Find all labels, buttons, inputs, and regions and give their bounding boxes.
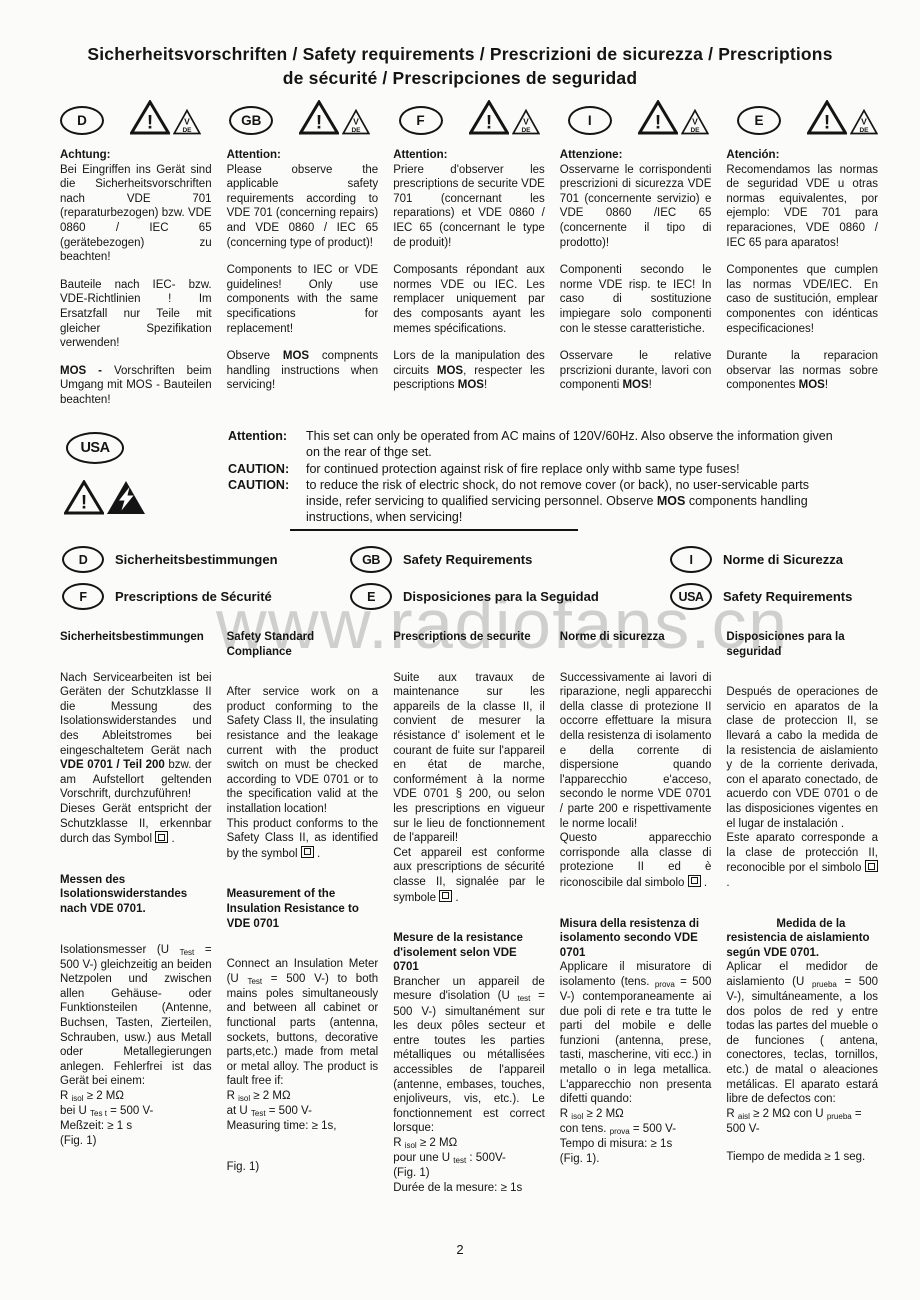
paragraph: Bauteile nach IEC- bzw. VDE-Richtlinien … <box>60 278 212 351</box>
section-label-rows: DSicherheitsbestimmungenGBSafety Require… <box>62 546 878 610</box>
language-badge-group: F!VDE <box>399 100 540 140</box>
spacer <box>227 1134 379 1160</box>
text-run: Messen des Isolationswiderstandes nach V… <box>60 874 187 915</box>
text-run: = 500 V-) simultanément sur les deux pôl… <box>393 990 545 1134</box>
vde-triangle-icon: VDE <box>681 109 709 140</box>
paragraph: Meßzeit: ≥ 1 s <box>60 1119 212 1134</box>
column-heading: Sicherheitsbestimmungen <box>60 630 212 645</box>
text-run: Components to IEC or VDE guidelines! Onl… <box>227 264 379 334</box>
paragraph: Osservarne le corrispondenti prescrizion… <box>560 163 712 251</box>
text-run: prova <box>655 980 675 989</box>
warning-triangle-icon: ! <box>64 480 104 520</box>
class-ii-symbol <box>688 875 701 887</box>
warning-icons: !VDE <box>299 100 370 140</box>
paragraph: Isolationsmesser (U Test = 500 V-) gleic… <box>60 943 212 1090</box>
column-heading: Disposiciones para la seguridad <box>726 630 878 659</box>
paragraph: Durée de la mesure: ≥ 1s <box>393 1181 545 1196</box>
section-label-text: Disposiciones para la Seguidad <box>403 589 599 604</box>
paragraph: Tiempo de medida ≥ 1 seg. <box>726 1150 878 1165</box>
text-run: prova <box>610 1127 630 1136</box>
language-badge: I <box>670 546 712 573</box>
text-run: Measuring time: ≥ 1s, <box>227 1120 337 1132</box>
spacer <box>560 645 712 671</box>
text-run: Medida de la resistencia de aislamiento … <box>726 918 869 959</box>
usa-notice-text: Attention:This set can only be operated … <box>228 428 838 526</box>
paragraph: Osservare le relative prscrizioni durant… <box>560 349 712 393</box>
warning-icons: !VDE <box>638 100 709 140</box>
paragraph: Bei Eingriffen ins Gerät sind die Sicher… <box>60 163 212 265</box>
spacer <box>560 891 712 917</box>
text-run: Recomendamos las normas de seguridad VDE… <box>726 164 878 249</box>
spacer <box>726 659 878 685</box>
column-heading: Messen des Isolationswiderstandes nach V… <box>60 873 212 917</box>
text-run: Fig. 1) <box>227 1161 260 1173</box>
paragraph: Observe MOS compnents handling instructi… <box>227 349 379 393</box>
paragraph: Please observe the applicable safety req… <box>227 163 379 251</box>
warning-triangle-icon: ! <box>807 100 847 140</box>
section-label-text: Prescriptions de Sécurité <box>115 589 272 604</box>
text-run: ≥ 2 MΩ con U <box>750 1108 827 1120</box>
vde-triangle-icon: VDE <box>173 109 201 140</box>
text-run: test <box>453 1156 466 1165</box>
text-run: . <box>726 877 729 889</box>
page-number: 2 <box>0 1242 920 1257</box>
text-run: ≥ 2 MΩ <box>583 1108 623 1120</box>
spacer <box>393 645 545 671</box>
page-title: Sicherheitsvorschriften / Safety require… <box>0 42 920 90</box>
svg-text:DE: DE <box>182 127 192 134</box>
text-run: Priere d'observer les prescriptions de s… <box>393 164 545 249</box>
column-heading: Measurement of the Insulation Resistance… <box>227 887 379 931</box>
language-badge-group: GB!VDE <box>229 100 370 140</box>
paragraph: Fig. 1) <box>227 1160 379 1175</box>
usa-icons: USA ! <box>66 432 216 520</box>
text-column: Disposiciones para la seguridadDespués d… <box>726 630 878 1195</box>
svg-text:!: ! <box>824 113 830 134</box>
document-page: { "header": { "title_line1": "Sicherheit… <box>0 0 920 1300</box>
column-heading: Prescriptions de securite <box>393 630 545 645</box>
spacer <box>560 250 712 263</box>
text-run: . <box>701 877 707 889</box>
language-badge: F <box>62 583 104 610</box>
spacer <box>60 265 212 278</box>
paragraph: con tens. prova = 500 V- <box>560 1122 712 1137</box>
text-run: test <box>517 994 530 1003</box>
column-heading: Norme di sicurezza <box>560 630 712 645</box>
text-column: Safety Standard ComplianceAfter service … <box>227 630 379 1195</box>
vde-triangle-icon: VDE <box>512 109 540 140</box>
spacer <box>227 861 379 887</box>
text-run: MOS - <box>60 365 114 377</box>
text-run: ≥ 2 MΩ <box>84 1090 124 1102</box>
text-run: = 500 V-) to both mains poles simultaneo… <box>227 973 379 1088</box>
spacer <box>60 351 212 364</box>
text-run: bei U <box>60 1105 90 1117</box>
column-heading: Atención: <box>726 148 878 163</box>
text-column: Attenzione:Osservarne le corrispondenti … <box>560 148 712 408</box>
warning-triangle-icon: ! <box>299 100 339 140</box>
text-run: = 500 V- <box>630 1123 676 1135</box>
text-run: ! <box>649 379 652 391</box>
column-heading: Safety Standard Compliance <box>227 630 379 659</box>
spacer <box>393 336 545 349</box>
spacer <box>393 250 545 263</box>
text-run: for continued protection against risk of… <box>306 462 740 476</box>
paragraph: Después de operaciones de servicio en ap… <box>726 685 878 831</box>
section-label: EDisposiciones para la Seguidad <box>350 583 670 610</box>
page-title-line2: de sécurité / Prescripciones de segurida… <box>0 66 920 90</box>
paragraph: Brancher un appareil de mesure d'isolati… <box>393 975 545 1136</box>
text-run: Measurement of the Insulation Resistance… <box>227 888 359 929</box>
spacer <box>60 917 212 943</box>
text-run: Tempo di misura: ≥ 1s <box>560 1138 672 1150</box>
paragraph: (Fig. 1). <box>560 1152 712 1167</box>
vde-triangle-icon: VDE <box>850 109 878 140</box>
language-badge: GB <box>229 106 273 135</box>
language-badge-group: D!VDE <box>60 100 201 140</box>
text-run: MOS <box>622 379 648 391</box>
text-run: Durée de la mesure: ≥ 1s <box>393 1182 522 1194</box>
language-badge: E <box>350 583 392 610</box>
text-run: Atención: <box>726 149 779 161</box>
paragraph: Applicare il misuratore di isolamento (t… <box>560 960 712 1107</box>
spacer <box>227 659 379 685</box>
text-run: After service work on a product conformi… <box>227 686 379 815</box>
text-run: Please observe the applicable safety req… <box>227 164 379 249</box>
text-run: . <box>452 892 458 904</box>
svg-text:V: V <box>861 117 867 127</box>
text-run: MOS <box>458 379 484 391</box>
section-label-text: Norme di Sicurezza <box>723 552 843 567</box>
text-run: Attention: <box>227 149 281 161</box>
text-run: Bei Eingriffen ins Gerät sind die Sicher… <box>60 164 212 264</box>
text-run: MOS <box>657 494 685 508</box>
language-badge: E <box>737 106 781 135</box>
text-run: Suite aux travaux de maintenance sur les… <box>393 672 545 845</box>
paragraph: Aplicar el medidor de aislamiento (U pru… <box>726 960 878 1107</box>
text-run: R <box>393 1137 405 1149</box>
paragraph: Dieses Gerät entspricht der Schutzklasse… <box>60 802 212 847</box>
svg-text:!: ! <box>316 113 322 134</box>
text-run: R <box>560 1108 572 1120</box>
text-run: ≥ 2 MΩ <box>250 1090 290 1102</box>
paragraph: Composants répondant aux normes VDE ou I… <box>393 263 545 336</box>
text-column: Atención:Recomendamos las normas de segu… <box>726 148 878 408</box>
section-label-text: Sicherheitsbestimmungen <box>115 552 278 567</box>
section-label: DSicherheitsbestimmungen <box>62 546 350 573</box>
usa-warning-icons: ! <box>64 480 216 520</box>
class-ii-symbol <box>301 846 314 858</box>
column-heading: Attention: <box>227 148 379 163</box>
text-run: Safety Standard Compliance <box>227 631 315 658</box>
text-run: ! <box>825 379 828 391</box>
svg-text:!: ! <box>147 113 153 134</box>
svg-text:DE: DE <box>859 127 869 134</box>
text-run: isol <box>72 1094 84 1103</box>
text-run: = 500 V-) gleichzeitig an beiden Netzpol… <box>60 944 212 1088</box>
paragraph: Durante la reparacion observar las norma… <box>726 349 878 393</box>
text-run: Tes t <box>90 1109 107 1118</box>
text-run: (Fig. 1) <box>60 1135 96 1147</box>
text-run: = 500 V- <box>107 1105 153 1117</box>
paragraph: at U Test = 500 V- <box>227 1104 379 1119</box>
text-run: Bauteile nach IEC- bzw. VDE-Richtlinien … <box>60 279 212 349</box>
svg-text:DE: DE <box>690 127 700 134</box>
text-run: MOS <box>799 379 825 391</box>
text-run: Tiempo de medida ≥ 1 seg. <box>726 1151 865 1163</box>
paragraph: R aisl ≥ 2 MΩ con U prueba = 500 V- <box>726 1107 878 1137</box>
paragraph: Nach Servicearbeiten ist bei Geräten der… <box>60 671 212 802</box>
text-run: aisl <box>738 1112 750 1121</box>
text-run: R <box>60 1090 72 1102</box>
text-column: Prescriptions de securiteSuite aux trava… <box>393 630 545 1195</box>
caution-label: Attention: <box>228 428 306 461</box>
paragraph: Este aparato corresponde a la clase de p… <box>726 831 878 890</box>
text-column: Attention:Please observe the applicable … <box>227 148 379 408</box>
text-run: Test <box>247 977 262 986</box>
paragraph: R isol ≥ 2 MΩ <box>60 1089 212 1104</box>
text-run: MOS <box>283 350 309 362</box>
text-run: Attention: <box>393 149 447 161</box>
text-run: R <box>227 1090 239 1102</box>
paragraph: Tempo di misura: ≥ 1s <box>560 1137 712 1152</box>
text-run: Dieses Gerät entspricht der Schutzklasse… <box>60 803 212 845</box>
usa-caution-line: CAUTION:to reduce the risk of electric s… <box>228 477 838 526</box>
warning-triangle-icon: ! <box>469 100 509 140</box>
section-label: FPrescriptions de Sécurité <box>62 583 350 610</box>
caution-label: CAUTION: <box>228 461 306 477</box>
text-run: prueba <box>812 980 837 989</box>
svg-text:DE: DE <box>352 127 362 134</box>
text-run: This set can only be operated from AC ma… <box>306 429 833 459</box>
spacer <box>227 336 379 349</box>
text-run: Prescriptions de securite <box>393 631 530 643</box>
text-run: Composants répondant aux normes VDE ou I… <box>393 264 545 334</box>
text-run: con tens. <box>560 1123 610 1135</box>
paragraph: Successivamente ai lavori di riparazione… <box>560 671 712 832</box>
language-badge-group: I!VDE <box>568 100 709 140</box>
class-ii-symbol <box>439 890 452 902</box>
paragraph: Componenti secondo le norme VDE risp. te… <box>560 263 712 336</box>
usa-badge: USA <box>66 432 124 464</box>
paragraph: R isol ≥ 2 MΩ <box>227 1089 379 1104</box>
text-run: Attenzione: <box>560 149 623 161</box>
spacer <box>60 645 212 671</box>
paragraph: Connect an Insulation Meter (U Test = 50… <box>227 957 379 1089</box>
page-title-line1: Sicherheitsvorschriften / Safety require… <box>0 42 920 66</box>
text-run: prueba <box>827 1112 852 1121</box>
paragraph: Cet appareil est conforme aux prescripti… <box>393 846 545 905</box>
text-run: Disposiciones para la seguridad <box>726 631 844 658</box>
spacer <box>227 250 379 263</box>
spacer <box>726 891 878 917</box>
paragraph: MOS - Vorschriften beim Umgang mit MOS -… <box>60 364 212 408</box>
text-run: Misura della resistenza di isolamento se… <box>560 918 699 959</box>
text-run: VDE 0701 / Teil 200 <box>60 759 165 771</box>
section-label-text: Safety Requirements <box>403 552 532 567</box>
paragraph: Priere d'observer les prescriptions de s… <box>393 163 545 251</box>
text-column: SicherheitsbestimmungenNach Servicearbei… <box>60 630 212 1195</box>
text-run: at U <box>227 1105 251 1117</box>
text-run: Successivamente ai lavori di riparazione… <box>560 672 712 830</box>
spacer <box>560 336 712 349</box>
text-run: Mesure de la resistance d'isolement selo… <box>393 932 523 973</box>
paragraph: After service work on a product conformi… <box>227 685 379 816</box>
paragraph: pour une U test : 500V- <box>393 1151 545 1166</box>
spacer <box>726 250 878 263</box>
paragraph: Measuring time: ≥ 1s, <box>227 1119 379 1134</box>
text-run: R <box>726 1108 738 1120</box>
svg-text:!: ! <box>485 113 491 134</box>
lightning-triangle-icon <box>106 480 146 520</box>
safety-columns-top: Achtung:Bei Eingriffen ins Gerät sind di… <box>60 148 878 408</box>
svg-text:V: V <box>692 117 698 127</box>
text-run: = 500 V- <box>266 1105 312 1117</box>
text-run: Isolationsmesser (U <box>60 944 180 956</box>
text-run: = 500 V-) contemporaneamente ai due poli… <box>560 976 712 1105</box>
usa-caution-line: Attention:This set can only be operated … <box>228 428 838 461</box>
language-badge: USA <box>670 583 712 610</box>
class-ii-symbol <box>155 831 168 843</box>
safety-columns-bottom: SicherheitsbestimmungenNach Servicearbei… <box>60 630 878 1195</box>
paragraph: Recomendamos las normas de seguridad VDE… <box>726 163 878 251</box>
paragraph: Components to IEC or VDE guidelines! Onl… <box>227 263 379 336</box>
text-run: Meßzeit: ≥ 1 s <box>60 1120 132 1132</box>
warning-icons: !VDE <box>469 100 540 140</box>
spacer <box>726 1137 878 1150</box>
paragraph: (Fig. 1) <box>60 1134 212 1149</box>
paragraph: bei U Tes t = 500 V- <box>60 1104 212 1119</box>
section-label-text: Safety Requirements <box>723 589 852 604</box>
warning-icons: !VDE <box>807 100 878 140</box>
text-run: isol <box>405 1141 417 1150</box>
text-run: Norme di sicurezza <box>560 631 665 643</box>
separator-line <box>290 529 578 531</box>
svg-text:V: V <box>353 117 359 127</box>
class-ii-symbol <box>865 860 878 872</box>
spacer <box>726 336 878 349</box>
section-label: USASafety Requirements <box>670 583 878 610</box>
text-run: Sicherheitsbestimmungen <box>60 631 204 643</box>
paragraph: R isol ≥ 2 MΩ <box>560 1107 712 1122</box>
text-run: pour une U <box>393 1152 453 1164</box>
paragraph: This product conforms to the Safety Clas… <box>227 817 379 862</box>
warning-icons: !VDE <box>130 100 201 140</box>
language-badge-group: E!VDE <box>737 100 878 140</box>
column-heading: Attention: <box>393 148 545 163</box>
caution-text: This set can only be operated from AC ma… <box>306 428 838 461</box>
paragraph: Suite aux travaux de maintenance sur les… <box>393 671 545 846</box>
text-run: : 500V- <box>466 1152 506 1164</box>
text-run: (Fig. 1). <box>560 1153 600 1165</box>
column-heading: Misura della resistenza di isolamento se… <box>560 917 712 961</box>
text-run: Test <box>180 948 195 957</box>
column-heading: Mesure de la resistance d'isolement selo… <box>393 931 545 975</box>
section-label: INorme di Sicurezza <box>670 546 878 573</box>
text-run: Componenti secondo le norme VDE risp. te… <box>560 264 712 334</box>
text-run: ≥ 2 MΩ <box>417 1137 457 1149</box>
paragraph: Componentes que cumplen las normas VDE/I… <box>726 263 878 336</box>
text-run: Nach Servicearbeiten ist bei Geräten der… <box>60 672 212 757</box>
text-column: Attention:Priere d'observer les prescrip… <box>393 148 545 408</box>
text-run: Achtung: <box>60 149 110 161</box>
text-run: MOS <box>437 365 463 377</box>
warning-triangle-icon: ! <box>130 100 170 140</box>
column-heading: Attenzione: <box>560 148 712 163</box>
language-badge: I <box>568 106 612 135</box>
text-run: isol <box>571 1112 583 1121</box>
section-label: GBSafety Requirements <box>350 546 670 573</box>
usa-caution-line: CAUTION:for continued protection against… <box>228 461 838 477</box>
text-run: Componentes que cumplen las normas VDE/I… <box>726 264 878 334</box>
text-column: Norme di sicurezzaSuccessivamente ai lav… <box>560 630 712 1195</box>
text-run: Cet appareil est conforme aux prescripti… <box>393 847 545 904</box>
paragraph: Questo apparecchio corrisponde alla clas… <box>560 831 712 890</box>
text-run: Test <box>251 1109 266 1118</box>
svg-text:V: V <box>523 117 529 127</box>
vde-triangle-icon: VDE <box>342 109 370 140</box>
text-column: Achtung:Bei Eingriffen ins Gerät sind di… <box>60 148 212 408</box>
text-run: = 500 V-), simultáneamente, a los dos po… <box>726 976 878 1105</box>
language-badge: D <box>62 546 104 573</box>
paragraph: R isol ≥ 2 MΩ <box>393 1136 545 1151</box>
svg-text:DE: DE <box>521 127 531 134</box>
caution-label: CAUTION: <box>228 477 306 526</box>
text-run: . <box>314 848 320 860</box>
caution-text: for continued protection against risk of… <box>306 461 838 477</box>
svg-text:V: V <box>184 117 190 127</box>
usa-notice: USA ! Attention:This set can only be ope… <box>60 428 878 526</box>
language-badge: F <box>399 106 443 135</box>
text-run: Osservarne le corrispondenti prescrizion… <box>560 164 712 249</box>
language-badge: GB <box>350 546 392 573</box>
text-run: isol <box>238 1094 250 1103</box>
svg-text:!: ! <box>655 113 661 134</box>
paragraph: Lors de la manipulation des circuits MOS… <box>393 349 545 393</box>
spacer <box>227 931 379 957</box>
paragraph: (Fig. 1) <box>393 1166 545 1181</box>
language-badge-row: D!VDEGB!VDEF!VDEI!VDEE!VDE <box>60 100 878 140</box>
language-badge: D <box>60 106 104 135</box>
text-run: (Fig. 1) <box>393 1167 429 1179</box>
text-run: Este aparato corresponde a la clase de p… <box>726 832 878 874</box>
text-run: Observe <box>227 350 283 362</box>
column-heading: Achtung: <box>60 148 212 163</box>
caution-text: to reduce the risk of electric shock, do… <box>306 477 838 526</box>
warning-triangle-icon: ! <box>638 100 678 140</box>
svg-text:!: ! <box>81 493 87 514</box>
column-heading: Medida de la resistencia de aislamiento … <box>726 917 878 961</box>
text-run: Después de operaciones de servicio en ap… <box>726 686 878 829</box>
text-run: ! <box>484 379 487 391</box>
spacer <box>393 905 545 931</box>
spacer <box>60 847 212 873</box>
text-run: . <box>168 833 174 845</box>
